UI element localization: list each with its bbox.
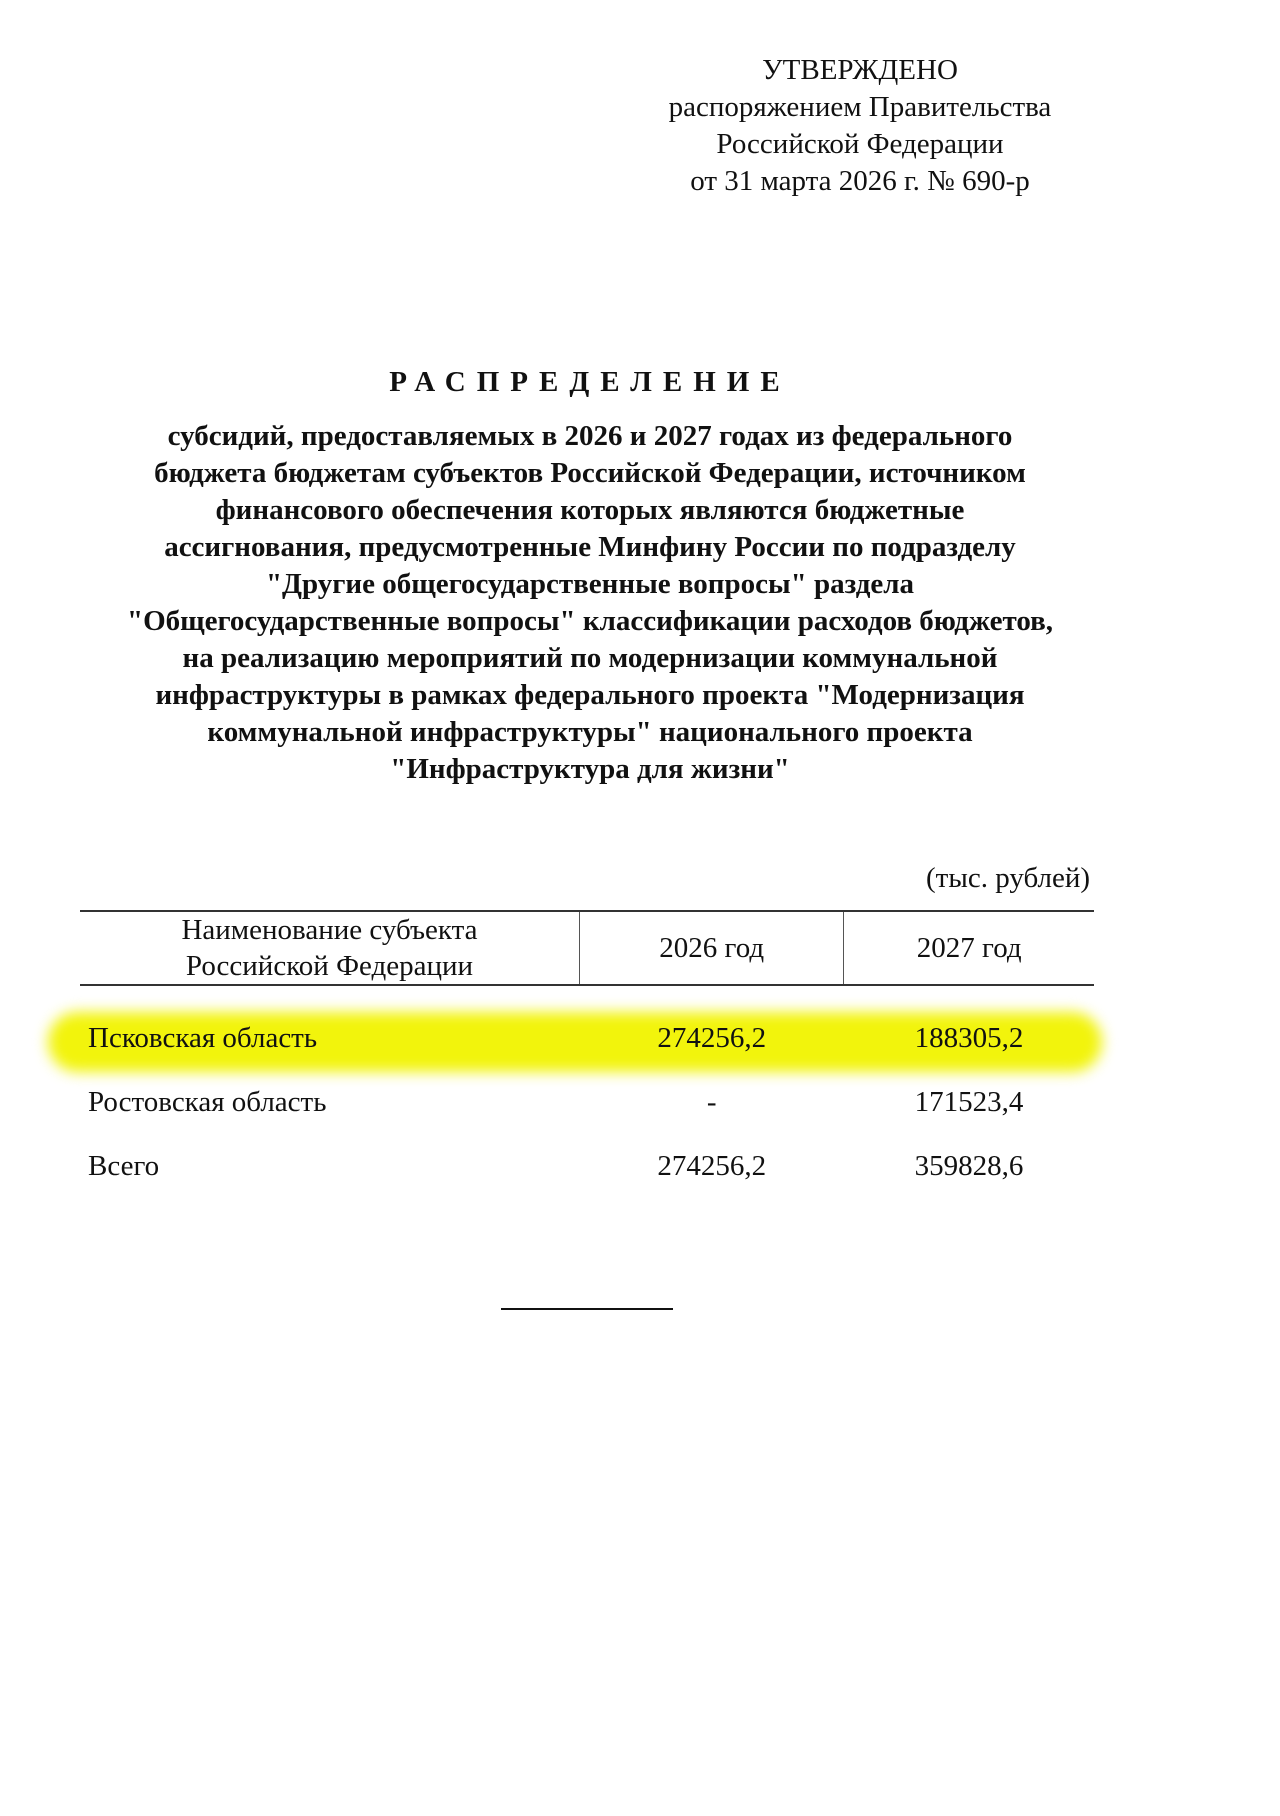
region-name: Ростовская область — [80, 1070, 579, 1134]
subtitle-line: "Общегосударственные вопросы" классифика… — [80, 603, 1100, 640]
document-subtitle: субсидий, предоставляемых в 2026 и 2027 … — [80, 418, 1100, 788]
total-2026: 274256,2 — [579, 1134, 843, 1198]
header-region-name-line1: Наименование субъекта — [80, 912, 579, 948]
subsidy-table: Наименование субъекта Российской Федерац… — [80, 910, 1094, 1198]
table-spacer — [80, 985, 1094, 1006]
value-2027: 188305,2 — [844, 1006, 1094, 1070]
subtitle-line: на реализацию мероприятий по модернизаци… — [80, 640, 1100, 677]
approval-date-number: от 31 марта 2026 г. № 690-р — [640, 163, 1080, 200]
unit-label: (тыс. рублей) — [926, 862, 1090, 895]
region-name: Псковская область — [80, 1006, 579, 1070]
value-2026: - — [579, 1070, 843, 1134]
header-2027: 2027 год — [844, 911, 1094, 985]
table-row-total: Всего 274256,2 359828,6 — [80, 1134, 1094, 1198]
subtitle-line: бюджета бюджетам субъектов Российской Фе… — [80, 455, 1100, 492]
subtitle-line: субсидий, предоставляемых в 2026 и 2027 … — [80, 418, 1100, 455]
subtitle-line: финансового обеспечения которых являются… — [80, 492, 1100, 529]
subtitle-line: ассигнования, предусмотренные Минфину Ро… — [80, 529, 1100, 566]
subtitle-line: "Инфраструктура для жизни" — [80, 751, 1100, 788]
approval-stamp: УТВЕРЖДЕНО распоряжением Правительства Р… — [640, 52, 1080, 200]
document-title: РАСПРЕДЕЛЕНИЕ — [0, 366, 1180, 399]
total-2027: 359828,6 — [844, 1134, 1094, 1198]
header-2026: 2026 год — [579, 911, 843, 985]
subtitle-line: "Другие общегосударственные вопросы" раз… — [80, 566, 1100, 603]
table-row: Псковская область 274256,2 188305,2 — [80, 1006, 1094, 1070]
table-header-row: Наименование субъекта Российской Федерац… — [80, 911, 1094, 985]
value-2027: 171523,4 — [844, 1070, 1094, 1134]
subtitle-line: инфраструктуры в рамках федерального про… — [80, 677, 1100, 714]
header-region-name: Наименование субъекта Российской Федерац… — [80, 911, 579, 985]
end-separator-line — [501, 1308, 673, 1310]
approval-heading: УТВЕРЖДЕНО — [640, 52, 1080, 89]
total-label: Всего — [80, 1134, 579, 1198]
approval-authority-line: Российской Федерации — [640, 126, 1080, 163]
approval-order-line: распоряжением Правительства — [640, 89, 1080, 126]
header-region-name-line2: Российской Федерации — [80, 948, 579, 984]
subtitle-line: коммунальной инфраструктуры" национально… — [80, 714, 1100, 751]
value-2026: 274256,2 — [579, 1006, 843, 1070]
table-row: Ростовская область - 171523,4 — [80, 1070, 1094, 1134]
